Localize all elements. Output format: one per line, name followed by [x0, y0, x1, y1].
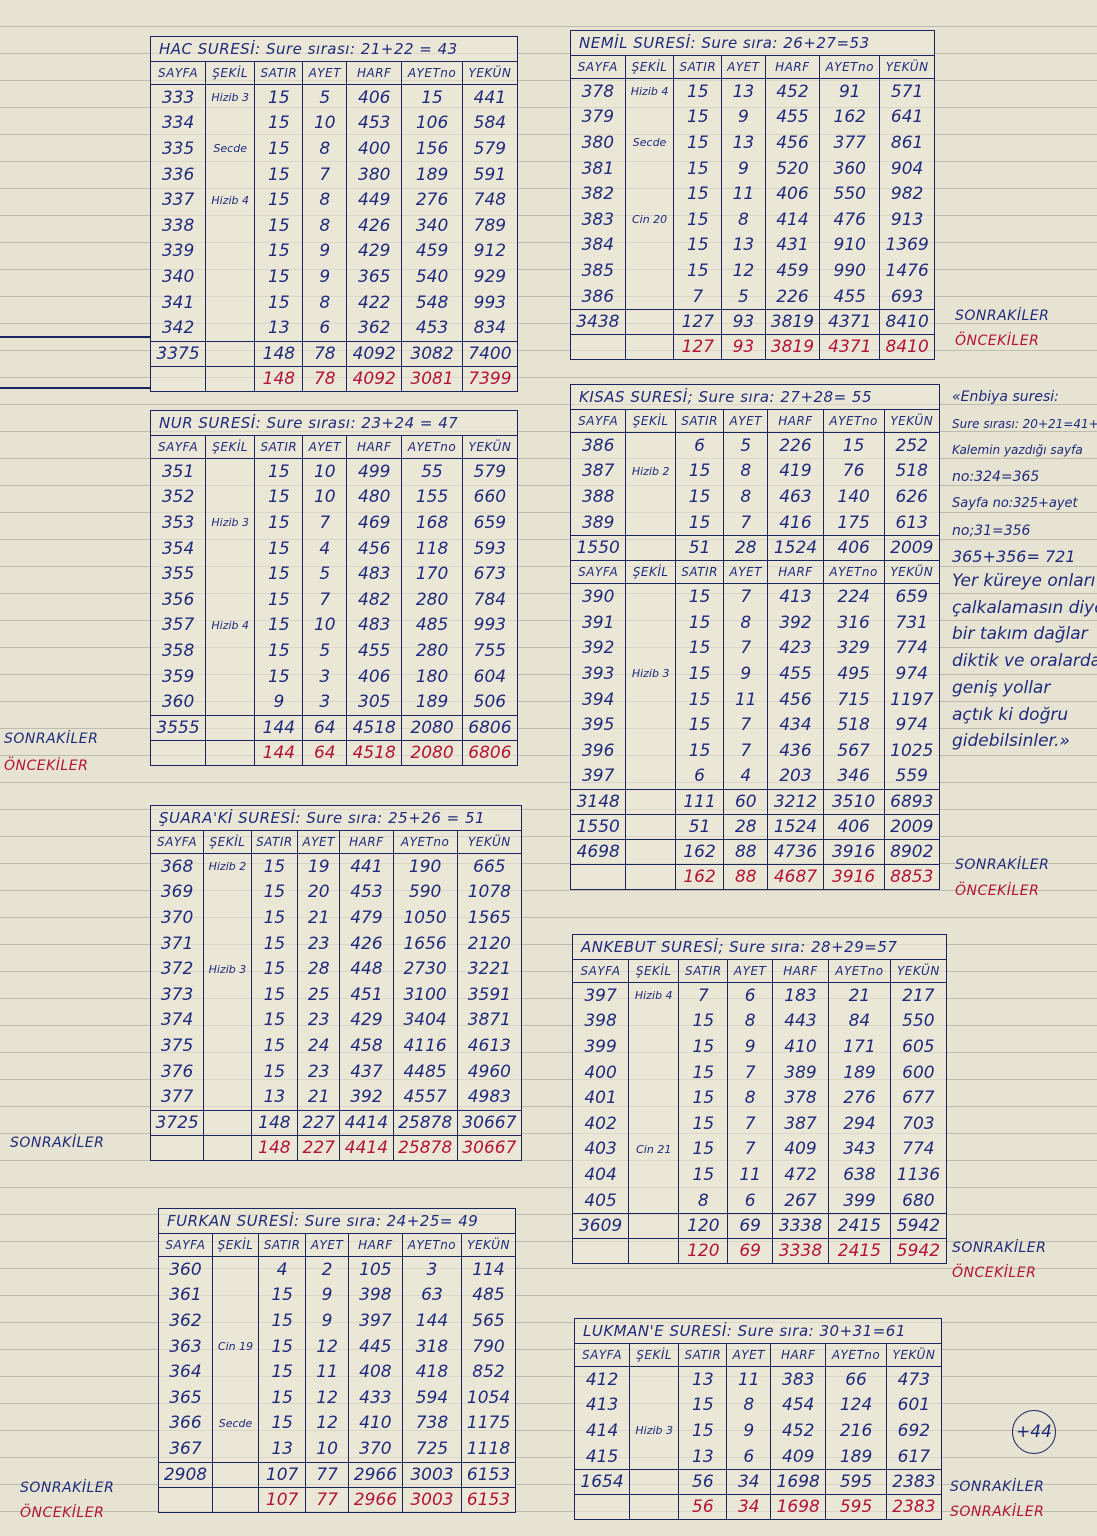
table-cell: 15	[255, 459, 303, 485]
table-cell: 3	[303, 689, 347, 715]
table-cell: Hizib 4	[629, 983, 679, 1009]
table-cell	[206, 111, 255, 137]
column-header: HARF	[347, 436, 402, 459]
hac-suresi-table: HAC SURESİ: Sure sırası: 21+22 = 43SAYFA…	[150, 36, 518, 392]
table-row: 392157423329774	[571, 636, 940, 662]
table-cell	[629, 1009, 679, 1035]
table-cell: 1654	[575, 1470, 630, 1495]
table-cell: 434	[768, 712, 823, 738]
table-cell: 7	[728, 1060, 773, 1086]
table-row: 3521510480155660	[151, 485, 518, 511]
table-cell: 2009	[884, 536, 939, 561]
table-cell: 8	[303, 187, 347, 213]
table-cell: 571	[880, 79, 935, 105]
table-cell: 755	[462, 638, 517, 664]
table-cell: 183	[772, 983, 828, 1009]
table-cell: Cin 19	[212, 1334, 258, 1360]
table-cell: 604	[462, 664, 517, 690]
table-cell: 15	[675, 584, 723, 610]
table-cell: 2080	[402, 715, 463, 740]
table-cell: 418	[402, 1359, 461, 1385]
table-cell: 2908	[159, 1462, 213, 1487]
column-header: ŞEKİL	[212, 1234, 258, 1257]
column-header: AYET	[298, 831, 340, 854]
table-cell: 217	[890, 983, 946, 1009]
table-cell: 15	[255, 162, 303, 188]
table-cell	[212, 1257, 258, 1283]
column-header: HARF	[768, 410, 823, 433]
table-title: ŞUARA'Kİ SURESİ: Sure sıra: 25+26 = 51	[151, 806, 522, 831]
table-cell	[206, 536, 255, 562]
table-row: 389157416175613	[571, 510, 940, 536]
table-cell: 4736	[768, 840, 823, 865]
column-header: YEKÜN	[462, 436, 517, 459]
table-cell: 78	[303, 366, 347, 391]
table-cell	[204, 905, 251, 931]
column-header: YEKÜN	[462, 1234, 516, 1257]
table-cell: 377	[820, 130, 880, 156]
table-cell: 1565	[457, 905, 521, 931]
table-cell: 30667	[457, 1135, 521, 1160]
table-cell: 69	[728, 1214, 773, 1239]
total-row: 343812793381943718410	[571, 310, 935, 335]
table-cell: 7399	[462, 366, 517, 391]
column-header: AYETno	[402, 62, 463, 85]
table-cell: 4414	[340, 1135, 393, 1160]
table-cell	[206, 213, 255, 239]
table-cell: 499	[347, 459, 402, 485]
table-cell: 15	[675, 687, 723, 713]
table-cell: 267	[772, 1188, 828, 1214]
table-row: 412131138366473	[575, 1367, 942, 1393]
table-cell: 316	[823, 610, 884, 636]
page-number-badge: +44	[1012, 1410, 1056, 1454]
table-cell: 414	[765, 207, 820, 233]
table-cell: 852	[462, 1359, 516, 1385]
total-row: 290810777296630036153	[159, 1462, 516, 1487]
column-header: SAYFA	[571, 410, 626, 433]
table-cell: 28	[724, 815, 768, 840]
table-cell: 8	[728, 1085, 773, 1111]
table-cell	[626, 636, 675, 662]
total-row: 337514878409230827400	[151, 341, 518, 366]
table-title-row: ANKEBUT SURESİ; Sure sıra: 28+29=57	[573, 935, 947, 960]
table-row: 39415114567151197	[571, 687, 940, 713]
table-cell: 5	[303, 85, 347, 111]
table-cell	[625, 156, 674, 182]
table-cell: 15	[255, 638, 303, 664]
table-cell: 913	[880, 207, 935, 233]
table-title: LUKMAN'E SURESİ: Sure sıra: 30+31=61	[575, 1319, 942, 1344]
table-cell: Hizib 4	[625, 79, 674, 105]
table-cell: 144	[255, 740, 303, 765]
table-cell: 78	[303, 341, 347, 366]
table-cell: 453	[402, 315, 463, 341]
furkan-oncekiler-label: ÖNCEKİLER	[20, 1505, 104, 1521]
table-cell: 51	[675, 815, 723, 840]
table-cell: 6893	[884, 790, 939, 815]
column-header: ŞEKİL	[629, 960, 679, 983]
table-cell	[206, 341, 255, 366]
table-cell	[629, 1214, 679, 1239]
table-cell	[151, 366, 206, 391]
table-cell: 21	[298, 905, 340, 931]
table-row: 40415114726381136	[573, 1162, 947, 1188]
table-cell: 392	[768, 610, 823, 636]
table-cell: 226	[768, 433, 823, 459]
table-cell: 1550	[571, 536, 626, 561]
table-cell: 456	[765, 130, 820, 156]
table-cell: 9	[255, 689, 303, 715]
suara-sonrakiler-label: SONRAKİLER	[10, 1135, 104, 1151]
column-header: AYET	[303, 436, 347, 459]
table-cell: 4116	[393, 1033, 457, 1059]
table-cell: 15	[679, 1009, 728, 1035]
table-title-row: NEMİL SURESİ: Sure sıra: 26+27=53	[571, 31, 935, 56]
table-cell: 378	[772, 1085, 828, 1111]
table-cell: 105	[348, 1257, 402, 1283]
table-cell: 15	[674, 207, 722, 233]
table-cell	[626, 815, 675, 840]
table-cell: 6	[728, 983, 773, 1009]
table-cell: 294	[829, 1111, 891, 1137]
table-row: 339159429459912	[151, 239, 518, 265]
table-cell: 15	[255, 264, 303, 290]
table-cell	[626, 510, 675, 536]
table-cell: 162	[675, 865, 723, 890]
table-cell: 4960	[457, 1059, 521, 1085]
table-cell	[204, 1110, 251, 1135]
table-cell: 982	[880, 181, 935, 207]
table-cell: 88	[724, 840, 768, 865]
table-cell: 3081	[402, 366, 463, 391]
table-row: 366Secde15124107381175	[159, 1411, 516, 1437]
table-cell: 189	[826, 1444, 887, 1470]
total-row: 360912069333824155942	[573, 1214, 947, 1239]
table-cell: 6	[728, 1188, 773, 1214]
table-cell	[626, 610, 675, 636]
table-cell: 455	[768, 661, 823, 687]
table-cell: 3212	[768, 790, 823, 815]
table-cell: 3100	[393, 982, 457, 1008]
table-cell: 429	[340, 1008, 393, 1034]
table-cell: 3819	[765, 335, 820, 360]
table-cell: 9	[724, 661, 768, 687]
table-cell: 15	[259, 1334, 306, 1360]
previous-total-row: 14464451820806806	[151, 740, 518, 765]
table-row: 356157482280784	[151, 587, 518, 613]
table-cell: 64	[303, 715, 347, 740]
table-cell: 8410	[880, 310, 935, 335]
table-cell: 376	[151, 1059, 204, 1085]
table-cell: 340	[151, 264, 206, 290]
table-cell: 4698	[571, 840, 626, 865]
table-cell: 8	[724, 484, 768, 510]
table-cell: 3916	[823, 865, 884, 890]
table-cell: 605	[890, 1034, 946, 1060]
table-cell: 10	[303, 459, 347, 485]
table-cell	[204, 931, 251, 957]
table-title-row: KISAS SURESİ; Sure sıra: 27+28= 55	[571, 385, 940, 410]
table-cell: 396	[571, 738, 626, 764]
table-cell: 13	[679, 1367, 727, 1393]
table-cell: 7	[724, 636, 768, 662]
table-cell: 8	[303, 213, 347, 239]
table-cell: 1118	[462, 1436, 516, 1462]
table-cell: 4485	[393, 1059, 457, 1085]
table-cell: 617	[886, 1444, 941, 1470]
table-cell	[151, 740, 206, 765]
table-cell: 910	[820, 233, 880, 259]
table-cell: 156	[402, 136, 463, 162]
table-row: 335Secde158400156579	[151, 136, 518, 162]
table-cell	[212, 1385, 258, 1411]
table-cell: 10	[303, 613, 347, 639]
table-cell: 9	[722, 156, 765, 182]
previous-total-row: 10777296630036153	[159, 1487, 516, 1512]
carry-row: 1550512815244062009	[571, 815, 940, 840]
table-cell: 148	[251, 1135, 297, 1160]
table-cell: 15	[675, 610, 723, 636]
table-row: 413158454124601	[575, 1393, 942, 1419]
column-header: HARF	[768, 561, 823, 584]
table-cell: 361	[159, 1283, 213, 1309]
table-cell: 3510	[823, 790, 884, 815]
table-cell	[625, 284, 674, 310]
suara-suresi-table: ŞUARA'Kİ SURESİ: Sure sıra: 25+26 = 51SA…	[150, 805, 522, 1161]
table-row: 36915204535901078	[151, 880, 522, 906]
table-cell: 15	[255, 85, 303, 111]
table-title-row: ŞUARA'Kİ SURESİ: Sure sıra: 25+26 = 51	[151, 806, 522, 831]
table-cell: 382	[571, 181, 626, 207]
table-cell: 51	[675, 536, 723, 561]
table-cell	[626, 764, 675, 790]
kisas-oncekiler-label: ÖNCEKİLER	[955, 883, 1039, 899]
table-cell: 454	[771, 1393, 826, 1419]
table-cell: 408	[348, 1359, 402, 1385]
table-cell: 391	[571, 610, 626, 636]
table-row: 353Hizib 3157469168659	[151, 510, 518, 536]
table-cell: 397	[573, 983, 629, 1009]
table-cell: 155	[402, 485, 463, 511]
table-cell: 366	[159, 1411, 213, 1437]
table-row: 3961574365671025	[571, 738, 940, 764]
table-cell: 660	[462, 485, 517, 511]
table-cell: 626	[884, 484, 939, 510]
table-cell: 20	[298, 880, 340, 906]
column-header: AYET	[303, 62, 347, 85]
column-header: AYETno	[823, 410, 884, 433]
table-cell: 479	[340, 905, 393, 931]
table-row: 401158378276677	[573, 1085, 947, 1111]
column-header: YEKÜN	[462, 62, 517, 85]
table-cell: 15	[251, 1008, 297, 1034]
table-cell: 19	[298, 854, 340, 880]
table-cell	[212, 1308, 258, 1334]
table-cell: 15	[255, 510, 303, 536]
table-cell: 4	[259, 1257, 306, 1283]
table-cell: Cin 20	[625, 207, 674, 233]
table-cell: 414	[575, 1418, 630, 1444]
nur-oncekiler-label: ÖNCEKİLER	[4, 758, 88, 774]
table-cell: 15	[259, 1308, 306, 1334]
table-cell	[629, 1239, 679, 1264]
table-cell: Secde	[206, 136, 255, 162]
table-cell: 368	[151, 854, 204, 880]
table-title-row: LUKMAN'E SURESİ: Sure sıra: 30+31=61	[575, 1319, 942, 1344]
note-line: gidebilsinler.»	[952, 728, 1097, 755]
table-cell	[204, 1059, 251, 1085]
table-cell: 404	[573, 1162, 629, 1188]
table-cell: 423	[768, 636, 823, 662]
column-header: SATIR	[255, 62, 303, 85]
table-cell: 7	[303, 162, 347, 188]
table-cell: 1656	[393, 931, 457, 957]
table-cell: Hizib 4	[206, 187, 255, 213]
table-row: 351151049955579	[151, 459, 518, 485]
table-row: 3821511406550982	[571, 181, 935, 207]
table-cell: 455	[347, 638, 402, 664]
table-cell: 3338	[772, 1214, 828, 1239]
table-cell: 548	[402, 290, 463, 316]
column-header: HARF	[771, 1344, 826, 1367]
table-cell: 15	[679, 1418, 727, 1444]
table-cell: 673	[462, 561, 517, 587]
table-cell	[206, 290, 255, 316]
table-cell: 226	[765, 284, 820, 310]
table-cell: 904	[880, 156, 935, 182]
table-cell: 400	[347, 136, 402, 162]
table-cell: 280	[402, 638, 463, 664]
table-cell: 387	[772, 1111, 828, 1137]
table-cell: 340	[402, 213, 463, 239]
column-header: ŞEKİL	[626, 410, 675, 433]
table-cell: 28	[298, 956, 340, 982]
note-line: no:324=365	[952, 464, 1097, 491]
table-cell: 693	[880, 284, 935, 310]
table-cell: 1369	[880, 233, 935, 259]
table-cell	[629, 1162, 679, 1188]
table-cell: 3	[303, 664, 347, 690]
table-cell: 360	[159, 1257, 213, 1283]
table-cell: 88	[724, 865, 768, 890]
table-cell: 13	[722, 130, 765, 156]
table-cell	[626, 712, 675, 738]
table-cell: 15	[255, 485, 303, 511]
previous-total-row: 14878409230817399	[151, 366, 518, 391]
total-row: 372514822744142587830667	[151, 1110, 522, 1135]
table-cell: 370	[348, 1436, 402, 1462]
table-cell: 64	[303, 740, 347, 765]
table-cell: 703	[890, 1111, 946, 1137]
table-cell	[206, 638, 255, 664]
table-cell: 974	[884, 661, 939, 687]
table-cell	[206, 315, 255, 341]
table-cell: 9	[306, 1283, 349, 1309]
table-cell: 402	[573, 1111, 629, 1137]
table-cell: 8	[727, 1393, 771, 1419]
table-cell: Secde	[212, 1411, 258, 1437]
table-cell	[206, 561, 255, 587]
table-cell: 3819	[765, 310, 820, 335]
table-cell: 7	[303, 587, 347, 613]
table-cell	[630, 1495, 679, 1520]
table-cell	[204, 1084, 251, 1110]
table-cell: 4518	[347, 715, 402, 740]
table-cell: 7	[724, 510, 768, 536]
table-cell: 441	[462, 85, 517, 111]
table-cell: 15	[251, 1059, 297, 1085]
table-cell	[206, 366, 255, 391]
table-cell: 365	[159, 1385, 213, 1411]
table-cell: 974	[884, 712, 939, 738]
table-row: 3641511408418852	[159, 1359, 516, 1385]
note-line: Kalemin yazdığı sayfa	[952, 437, 1097, 464]
table-cell: 449	[347, 187, 402, 213]
table-cell: 413	[768, 584, 823, 610]
table-cell: 148	[255, 341, 303, 366]
table-cell: 189	[829, 1060, 891, 1086]
table-title: NUR SURESİ: Sure sırası: 23+24 = 47	[151, 411, 518, 436]
table-row: 371152342616562120	[151, 931, 522, 957]
table-title-row: NUR SURESİ: Sure sırası: 23+24 = 47	[151, 411, 518, 436]
table-row: 38675226455693	[571, 284, 935, 310]
table-cell: 5	[303, 638, 347, 664]
table-cell: 584	[462, 111, 517, 137]
column-header: SATIR	[675, 561, 723, 584]
table-cell: 370	[151, 905, 204, 931]
table-cell: 1054	[462, 1385, 516, 1411]
table-cell: 3338	[772, 1239, 828, 1264]
table-cell: Hizib 2	[626, 459, 675, 485]
column-header: HARF	[340, 831, 393, 854]
table-cell: 394	[571, 687, 626, 713]
table-cell: 15	[674, 181, 722, 207]
table-cell: 15	[259, 1385, 306, 1411]
table-cell: 3555	[151, 715, 206, 740]
table-cell: 7	[728, 1111, 773, 1137]
table-cell	[573, 1239, 629, 1264]
column-header-row: SAYFAŞEKİLSATIRAYETHARFAYETnoYEKÜN	[575, 1344, 942, 1367]
table-cell: 356	[151, 587, 206, 613]
table-cell: 409	[772, 1137, 828, 1163]
table-cell: 4371	[820, 310, 880, 335]
table-cell: 15	[679, 1060, 728, 1086]
table-cell	[206, 162, 255, 188]
table-cell: 15	[255, 664, 303, 690]
table-cell: 84	[829, 1009, 891, 1035]
table-cell: 3725	[151, 1110, 204, 1135]
table-row: 393Hizib 3159455495974	[571, 661, 940, 687]
table-cell: 12	[306, 1385, 349, 1411]
table-cell	[630, 1470, 679, 1495]
table-cell: 11	[306, 1359, 349, 1385]
table-cell: 190	[393, 854, 457, 880]
table-cell: 15	[259, 1359, 306, 1385]
table-cell: 774	[884, 636, 939, 662]
table-cell: 66	[826, 1367, 887, 1393]
column-header: HARF	[772, 960, 828, 983]
table-row: 372Hizib 3152844827303221	[151, 956, 522, 982]
table-cell: 367	[159, 1436, 213, 1462]
column-header: HARF	[347, 62, 402, 85]
table-cell: 15	[251, 880, 297, 906]
table-cell: 12	[722, 258, 765, 284]
table-cell	[204, 1033, 251, 1059]
table-cell: 601	[886, 1393, 941, 1419]
table-cell: 8853	[884, 865, 939, 890]
table-cell: 990	[820, 258, 880, 284]
